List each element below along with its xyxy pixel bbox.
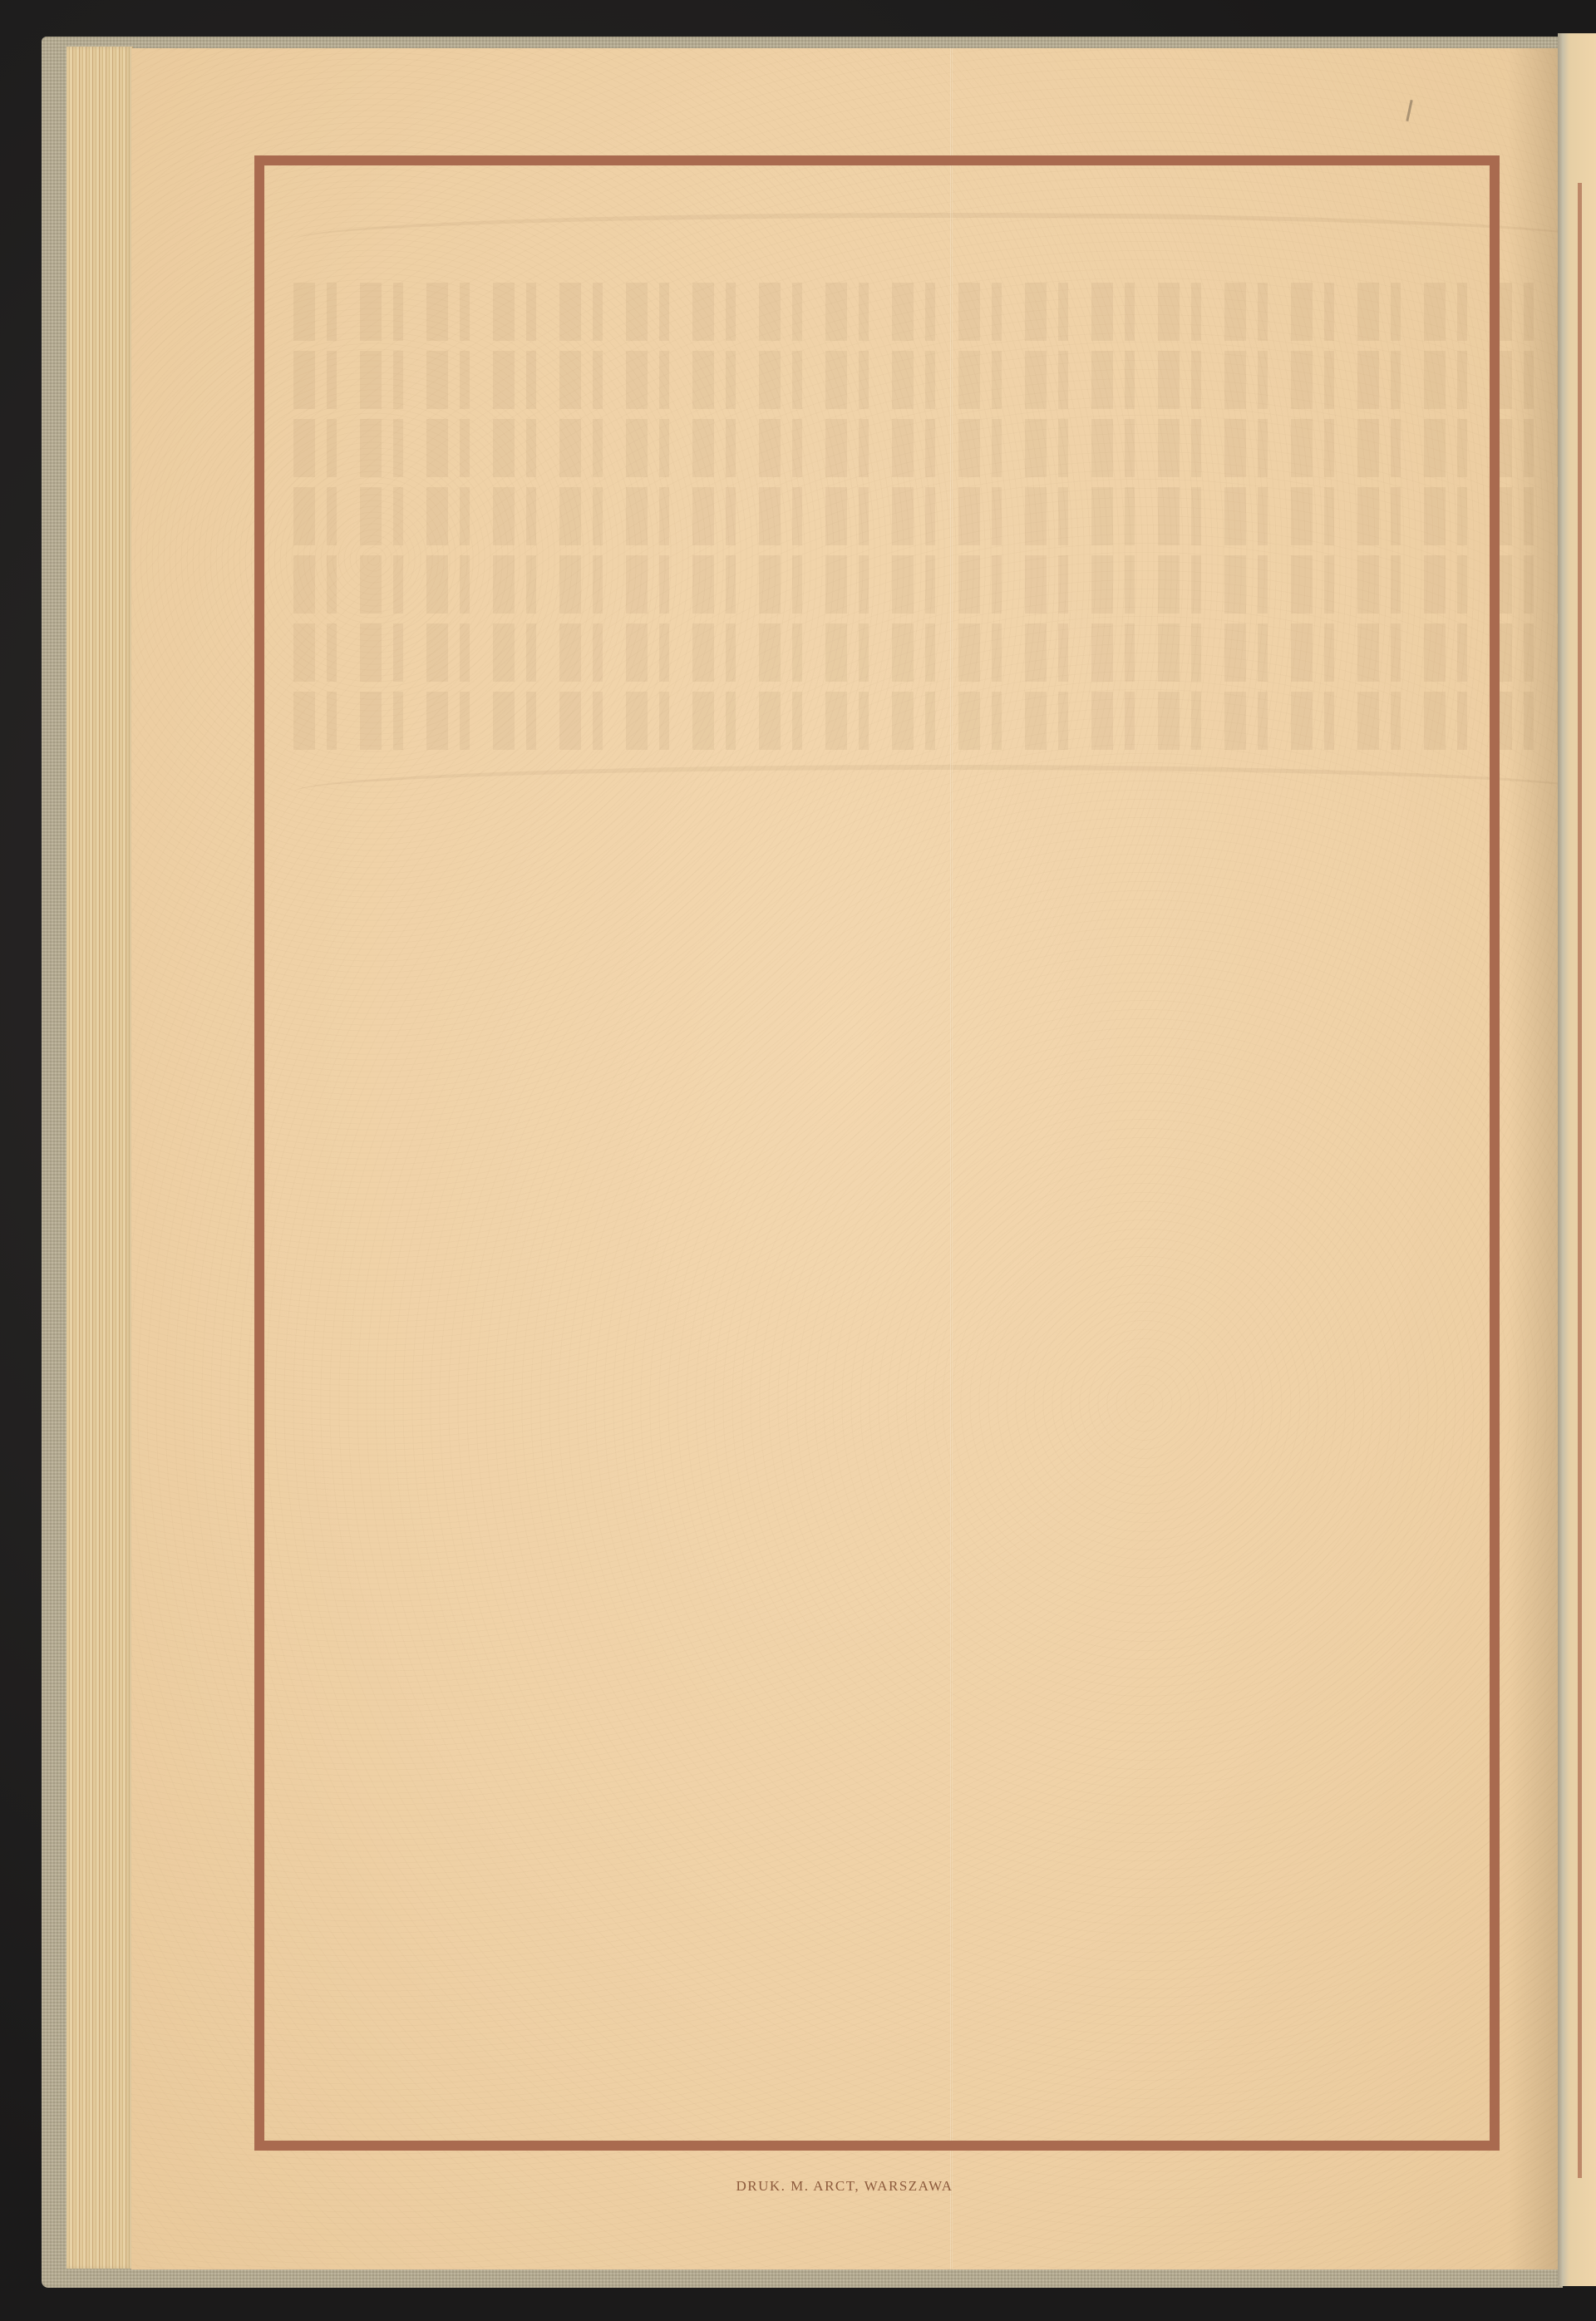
adjacent-page-edge [1558, 33, 1596, 2286]
book-page: DRUK. M. ARCT, WARSZAWA [131, 48, 1558, 2269]
page-edge-stack [66, 47, 133, 2269]
scan-background: DRUK. M. ARCT, WARSZAWA [0, 0, 1596, 2321]
decorative-border-frame [254, 155, 1500, 2151]
gutter-shadow [1508, 48, 1558, 2269]
printer-imprint: DRUK. M. ARCT, WARSZAWA [131, 2178, 1558, 2195]
